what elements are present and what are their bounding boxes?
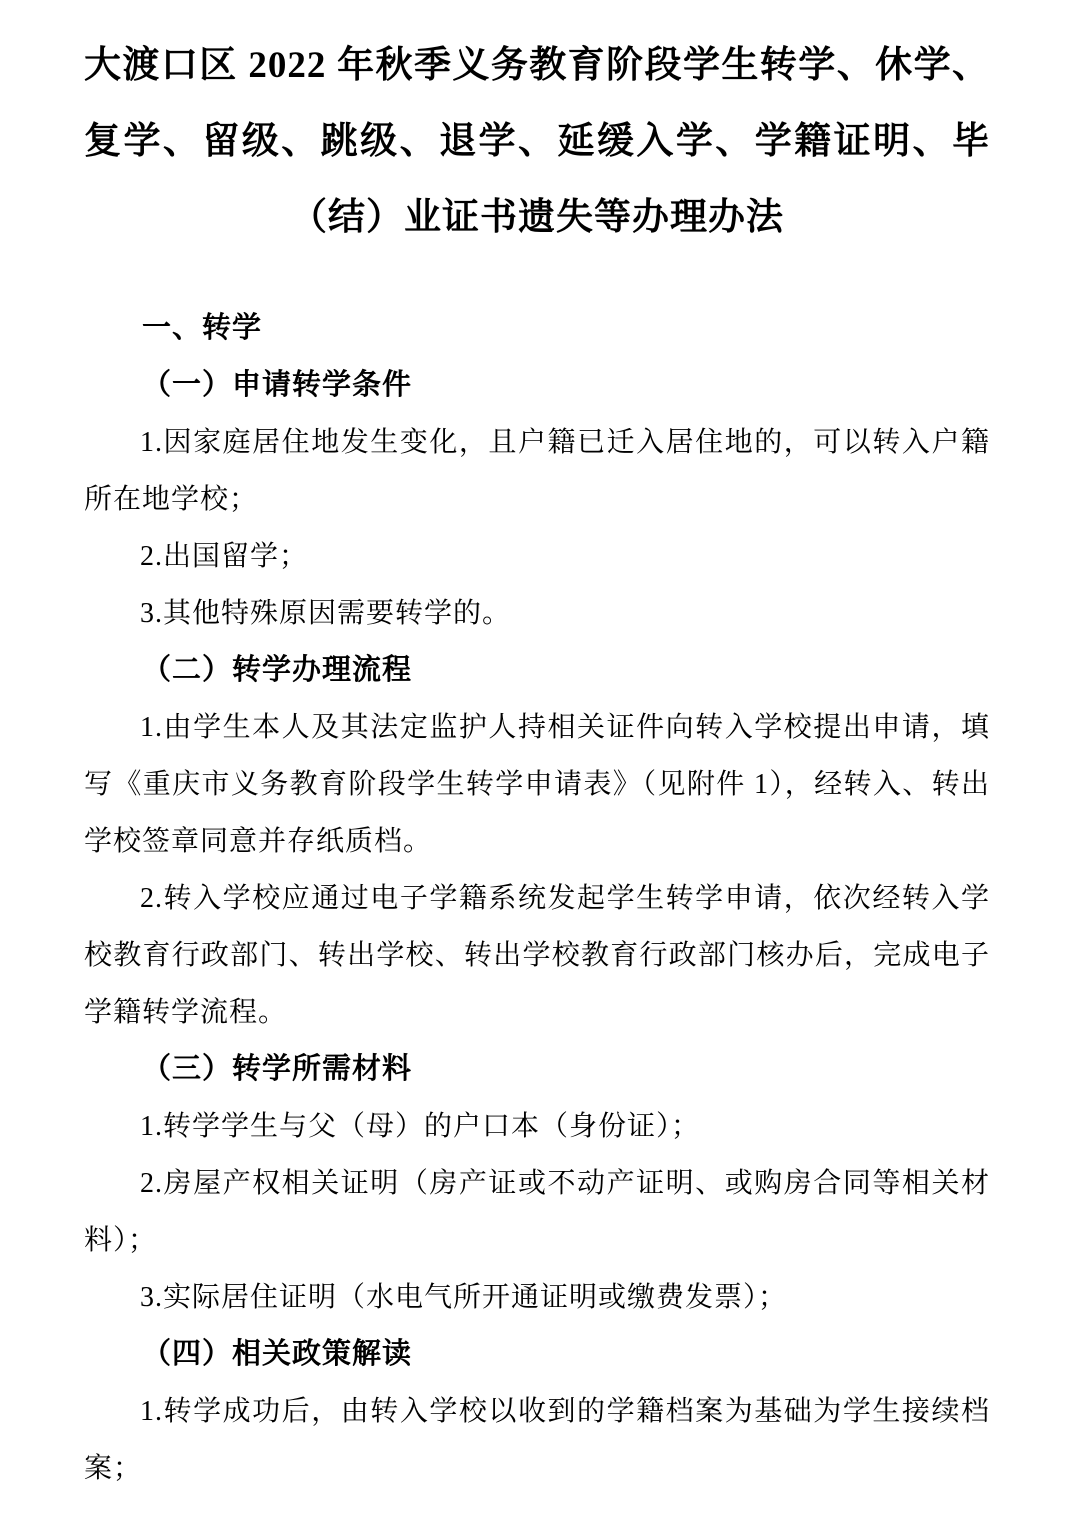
document-body: 一、转学 （一）申请转学条件 1.因家庭居住地发生变化，且户籍已迁入居住地的，可… (84, 300, 990, 1497)
subheading-transfer-process: （二）转学办理流程 (84, 642, 990, 699)
paragraph-material-2: 2.房屋产权相关证明（房产证或不动产证明、或购房合同等相关材料）； (84, 1155, 990, 1269)
section-heading-transfer: 一、转学 (84, 300, 990, 357)
paragraph-policy-1: 1.转学成功后，由转入学校以收到的学籍档案为基础为学生接续档案； (84, 1383, 990, 1497)
paragraph-material-3: 3.实际居住证明（水电气所开通证明或缴费发票）； (84, 1269, 990, 1326)
paragraph-process-1: 1.由学生本人及其法定监护人持相关证件向转入学校提出申请，填写《重庆市义务教育阶… (84, 699, 990, 870)
document-title: 大渡口区 2022 年秋季义务教育阶段学生转学、休学、复学、留级、跳级、退学、延… (84, 28, 990, 256)
paragraph-process-2: 2.转入学校应通过电子学籍系统发起学生转学申请，依次经转入学校教育行政部门、转出… (84, 870, 990, 1041)
subheading-policy-interpretation: （四）相关政策解读 (84, 1326, 990, 1383)
paragraph-condition-3: 3.其他特殊原因需要转学的。 (84, 585, 990, 642)
paragraph-condition-2: 2.出国留学； (84, 528, 990, 585)
paragraph-material-1: 1.转学学生与父（母）的户口本（身份证）； (84, 1098, 990, 1155)
document-page: 大渡口区 2022 年秋季义务教育阶段学生转学、休学、复学、留级、跳级、退学、延… (0, 0, 1074, 1520)
paragraph-condition-1: 1.因家庭居住地发生变化，且户籍已迁入居住地的，可以转入户籍所在地学校； (84, 414, 990, 528)
subheading-required-materials: （三）转学所需材料 (84, 1041, 990, 1098)
subheading-transfer-conditions: （一）申请转学条件 (84, 357, 990, 414)
